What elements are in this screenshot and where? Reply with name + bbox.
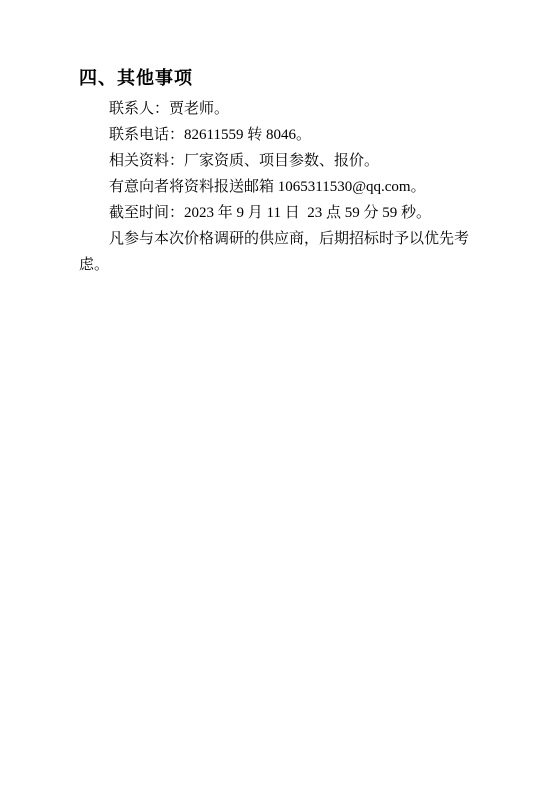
related-materials-line: 相关资料：厂家资质、项目参数、报价。 [79,148,477,174]
contact-phone-line: 联系电话：82611559 转 8046。 [79,122,477,148]
deadline-line: 截至时间：2023 年 9 月 11 日 23 点 59 分 59 秒。 [79,200,477,226]
email-submission-line: 有意向者将资料报送邮箱 1065311530@qq.com。 [79,174,477,200]
document-page: 四、其他事项 联系人：贾老师。 联系电话：82611559 转 8046。 相关… [0,0,554,785]
document-content: 四、其他事项 联系人：贾老师。 联系电话：82611559 转 8046。 相关… [79,64,477,278]
contact-person-line: 联系人：贾老师。 [79,96,477,122]
priority-note-paragraph: 凡参与本次价格调研的供应商，后期招标时予以优先考虑。 [79,226,477,278]
section-heading: 四、其他事项 [79,64,477,92]
